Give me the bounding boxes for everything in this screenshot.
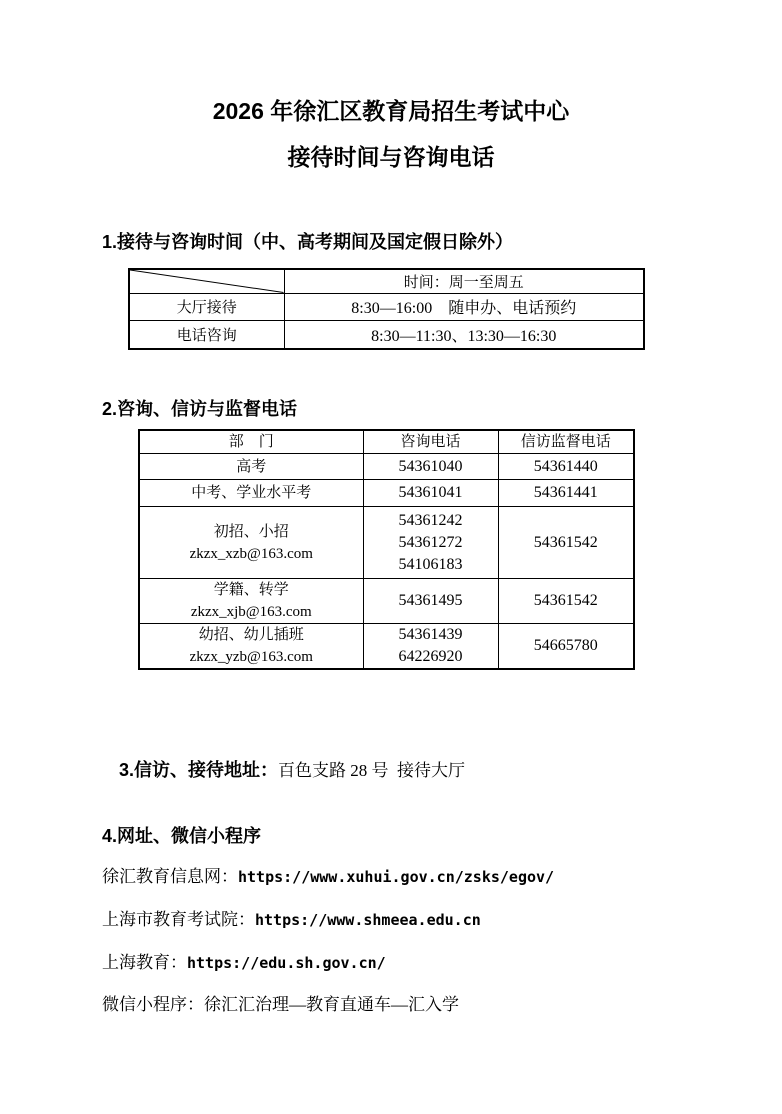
- section1-heading: 1.接待与咨询时间（中、高考期间及国定假日除外）: [102, 230, 782, 254]
- table-row: 高考 54361040 54361440: [139, 454, 634, 480]
- supervision-phone-cell: 54665780: [498, 624, 634, 670]
- consult-phone-cell: 54361041: [363, 480, 498, 507]
- consult-column-header: 咨询电话: [363, 430, 498, 454]
- schedule-row-value: 8:30—16:00 随申办、电话预约: [284, 293, 644, 320]
- table-row: 学籍、转学 zkzx_xjb@163.com 54361495 54361542: [139, 579, 634, 624]
- time-header-cell: 时间：周一至周五: [284, 269, 644, 293]
- dept-cell: 高考: [139, 454, 363, 480]
- website-url[interactable]: https://www.xuhui.gov.cn/zsks/egov/: [238, 868, 554, 886]
- phone-directory-table: 部 门 咨询电话 信访监督电话 高考 54361040 54361440 中考、…: [138, 429, 635, 670]
- schedule-row-label: 电话咨询: [129, 320, 284, 349]
- supervision-phone-cell: 54361440: [498, 454, 634, 480]
- dept-cell: 中考、学业水平考: [139, 480, 363, 507]
- supervision-phone-cell: 54361542: [498, 507, 634, 579]
- consult-phone-cell: 54361242 54361272 54106183: [363, 507, 498, 579]
- document-page: 2026 年徐汇区教育局招生考试中心 接待时间与咨询电话 1.接待与咨询时间（中…: [0, 0, 782, 1114]
- section3-heading: 3.信访、接待地址：: [119, 760, 278, 780]
- website-url[interactable]: https://edu.sh.gov.cn/: [187, 954, 386, 972]
- consult-phone-cell: 54361495: [363, 579, 498, 624]
- doc-title-line1: 2026 年徐汇区教育局招生考试中心: [0, 88, 782, 134]
- website-label: 上海教育：: [102, 953, 187, 972]
- website-line-shmeea: 上海市教育考试院：https://www.shmeea.edu.cn: [102, 908, 782, 932]
- miniprogram-path: 徐汇汇治理—教育直通车—汇入学: [204, 995, 459, 1014]
- table-header-row: 部 门 咨询电话 信访监督电话: [139, 430, 634, 454]
- table-row: 中考、学业水平考 54361041 54361441: [139, 480, 634, 507]
- dept-cell: 幼招、幼儿插班 zkzx_yzb@163.com: [139, 624, 363, 670]
- website-label: 上海市教育考试院：: [102, 910, 255, 929]
- doc-title-line2: 接待时间与咨询电话: [0, 134, 782, 180]
- section3-address-line: 3.信访、接待地址：百色支路 28 号 接待大厅: [102, 733, 782, 808]
- doc-title: 2026 年徐汇区教育局招生考试中心 接待时间与咨询电话: [0, 88, 782, 180]
- address-text: 百色支路 28 号 接待大厅: [278, 761, 465, 780]
- diagonal-divider: [130, 270, 284, 293]
- dept-cell: 初招、小招 zkzx_xzb@163.com: [139, 507, 363, 579]
- table-row: 电话咨询 8:30—11:30、13:30—16:30: [129, 320, 644, 349]
- reception-hours-table: 时间：周一至周五 大厅接待 8:30—16:00 随申办、电话预约 电话咨询 8…: [128, 268, 645, 350]
- table-row: 幼招、幼儿插班 zkzx_yzb@163.com 54361439 642269…: [139, 624, 634, 670]
- miniprogram-label: 微信小程序：: [102, 995, 204, 1014]
- website-label: 徐汇教育信息网：: [102, 867, 238, 886]
- table-row: 时间：周一至周五: [129, 269, 644, 293]
- schedule-row-value: 8:30—11:30、13:30—16:30: [284, 320, 644, 349]
- section4-heading: 4.网址、微信小程序: [102, 824, 782, 848]
- website-line-shedu: 上海教育：https://edu.sh.gov.cn/: [102, 951, 782, 975]
- dept-column-header: 部 门: [139, 430, 363, 454]
- consult-phone-cell: 54361040: [363, 454, 498, 480]
- supervision-phone-cell: 54361542: [498, 579, 634, 624]
- schedule-row-label: 大厅接待: [129, 293, 284, 320]
- dept-cell: 学籍、转学 zkzx_xjb@163.com: [139, 579, 363, 624]
- table-row: 大厅接待 8:30—16:00 随申办、电话预约: [129, 293, 644, 320]
- table-row: 初招、小招 zkzx_xzb@163.com 54361242 54361272…: [139, 507, 634, 579]
- consult-phone-cell: 54361439 64226920: [363, 624, 498, 670]
- supervision-column-header: 信访监督电话: [498, 430, 634, 454]
- supervision-phone-cell: 54361441: [498, 480, 634, 507]
- table-corner-cell: [129, 269, 284, 293]
- section2-heading: 2.咨询、信访与监督电话: [102, 397, 782, 421]
- website-url[interactable]: https://www.shmeea.edu.cn: [255, 911, 481, 929]
- website-line-xuhui: 徐汇教育信息网：https://www.xuhui.gov.cn/zsks/eg…: [102, 865, 782, 889]
- miniprogram-line: 微信小程序：徐汇汇治理—教育直通车—汇入学: [102, 993, 782, 1017]
